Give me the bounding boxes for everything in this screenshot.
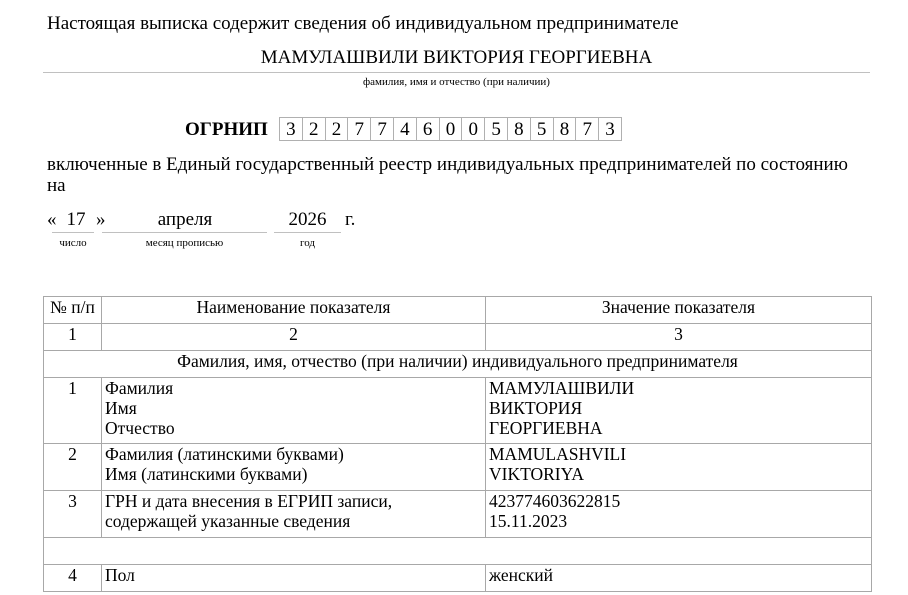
row-value: MAMULASHVILI — [489, 444, 868, 464]
row-name: Пол — [105, 565, 482, 585]
ogrnip-digit-box: 3 — [280, 117, 303, 141]
ogrnip-digit-box: 2 — [303, 117, 326, 141]
month-caption: месяц прописью — [102, 236, 267, 250]
intro-text: Настоящая выписка содержит сведения об и… — [47, 12, 679, 36]
empty-cell — [44, 538, 872, 565]
row-names: Фамилия (латинскими буквами) Имя (латинс… — [102, 444, 486, 491]
ogrnip-label: ОГРНИП — [185, 118, 268, 142]
day-underline — [52, 232, 94, 233]
ogrnip-digit-box: 6 — [417, 117, 440, 141]
ogrnip-digit-box: 2 — [326, 117, 349, 141]
row-name: ГРН и дата внесения в ЕГРИП записи, — [105, 491, 482, 511]
table-row: 2 Фамилия (латинскими буквами) Имя (лати… — [44, 444, 872, 491]
date-month: апреля — [103, 208, 267, 232]
table-header-row: № п/п Наименование показателя Значение п… — [44, 297, 872, 324]
year-caption: год — [274, 236, 341, 250]
header-indicator-name: Наименование показателя — [102, 297, 486, 324]
row-names: ГРН и дата внесения в ЕГРИП записи, соде… — [102, 491, 486, 538]
registry-statement: включенные в Единый государственный реес… — [47, 154, 867, 196]
column-number: 2 — [102, 324, 486, 351]
name-underline — [43, 72, 870, 73]
date-day: 17 — [61, 208, 91, 232]
row-number: 4 — [44, 565, 102, 592]
row-value: VIKTORIYA — [489, 464, 868, 484]
row-name: Имя (латинскими буквами) — [105, 464, 482, 484]
row-value: 15.11.2023 — [489, 511, 868, 531]
row-values: MAMULASHVILI VIKTORIYA — [486, 444, 872, 491]
row-number: 1 — [44, 378, 102, 444]
extract-table: № п/п Наименование показателя Значение п… — [43, 296, 872, 592]
month-underline — [102, 232, 267, 233]
row-name: Фамилия (латинскими буквами) — [105, 444, 482, 464]
ogrnip-digit-box: 7 — [348, 117, 371, 141]
ogrnip-digit-box: 7 — [576, 117, 599, 141]
row-value: ВИКТОРИЯ — [489, 398, 868, 418]
row-number: 2 — [44, 444, 102, 491]
row-value: МАМУЛАШВИЛИ — [489, 378, 868, 398]
header-indicator-value: Значение показателя — [486, 297, 872, 324]
ogrnip-digit-box: 5 — [485, 117, 508, 141]
row-name: Имя — [105, 398, 482, 418]
ogrnip-digit-box: 7 — [371, 117, 394, 141]
ogrnip-digit-box: 5 — [531, 117, 554, 141]
row-values: 423774603622815 15.11.2023 — [486, 491, 872, 538]
ogrnip-digit-box: 8 — [508, 117, 531, 141]
ogrnip-digit-box: 0 — [462, 117, 485, 141]
header-number: № п/п — [44, 297, 102, 324]
empty-separator-row — [44, 538, 872, 565]
row-value: 423774603622815 — [489, 491, 868, 511]
ogrnip-digit-box: 0 — [440, 117, 463, 141]
column-number: 3 — [486, 324, 872, 351]
table-row: 1 Фамилия Имя Отчество МАМУЛАШВИЛИ ВИКТО… — [44, 378, 872, 444]
day-caption: число — [52, 236, 94, 250]
table-row: 3 ГРН и дата внесения в ЕГРИП записи, со… — [44, 491, 872, 538]
row-name: Фамилия — [105, 378, 482, 398]
ogrnip-digit-box: 3 — [599, 117, 622, 141]
row-values: женский — [486, 565, 872, 592]
section-title: Фамилия, имя, отчество (при наличии) инд… — [44, 351, 872, 378]
date-year-suffix: г. — [345, 208, 355, 232]
row-value: женский — [489, 565, 868, 585]
row-names: Пол — [102, 565, 486, 592]
table-row: 4 Пол женский — [44, 565, 872, 592]
column-number: 1 — [44, 324, 102, 351]
row-value: ГЕОРГИЕВНА — [489, 418, 868, 438]
row-values: МАМУЛАШВИЛИ ВИКТОРИЯ ГЕОРГИЕВНА — [486, 378, 872, 444]
section-title-row: Фамилия, имя, отчество (при наличии) инд… — [44, 351, 872, 378]
row-name: Отчество — [105, 418, 482, 438]
date-year: 2026 — [274, 208, 341, 232]
row-names: Фамилия Имя Отчество — [102, 378, 486, 444]
name-caption: фамилия, имя и отчество (при наличии) — [43, 75, 870, 89]
column-number-row: 1 2 3 — [44, 324, 872, 351]
row-name: содержащей указанные сведения — [105, 511, 482, 531]
date-open-quote: « — [47, 208, 57, 232]
entrepreneur-full-name: МАМУЛАШВИЛИ ВИКТОРИЯ ГЕОРГИЕВНА — [43, 46, 870, 70]
ogrnip-digit-box: 4 — [394, 117, 417, 141]
year-underline — [274, 232, 341, 233]
ogrnip-digit-boxes: 322774600585873 — [279, 117, 622, 141]
row-number: 3 — [44, 491, 102, 538]
ogrnip-digit-box: 8 — [554, 117, 577, 141]
